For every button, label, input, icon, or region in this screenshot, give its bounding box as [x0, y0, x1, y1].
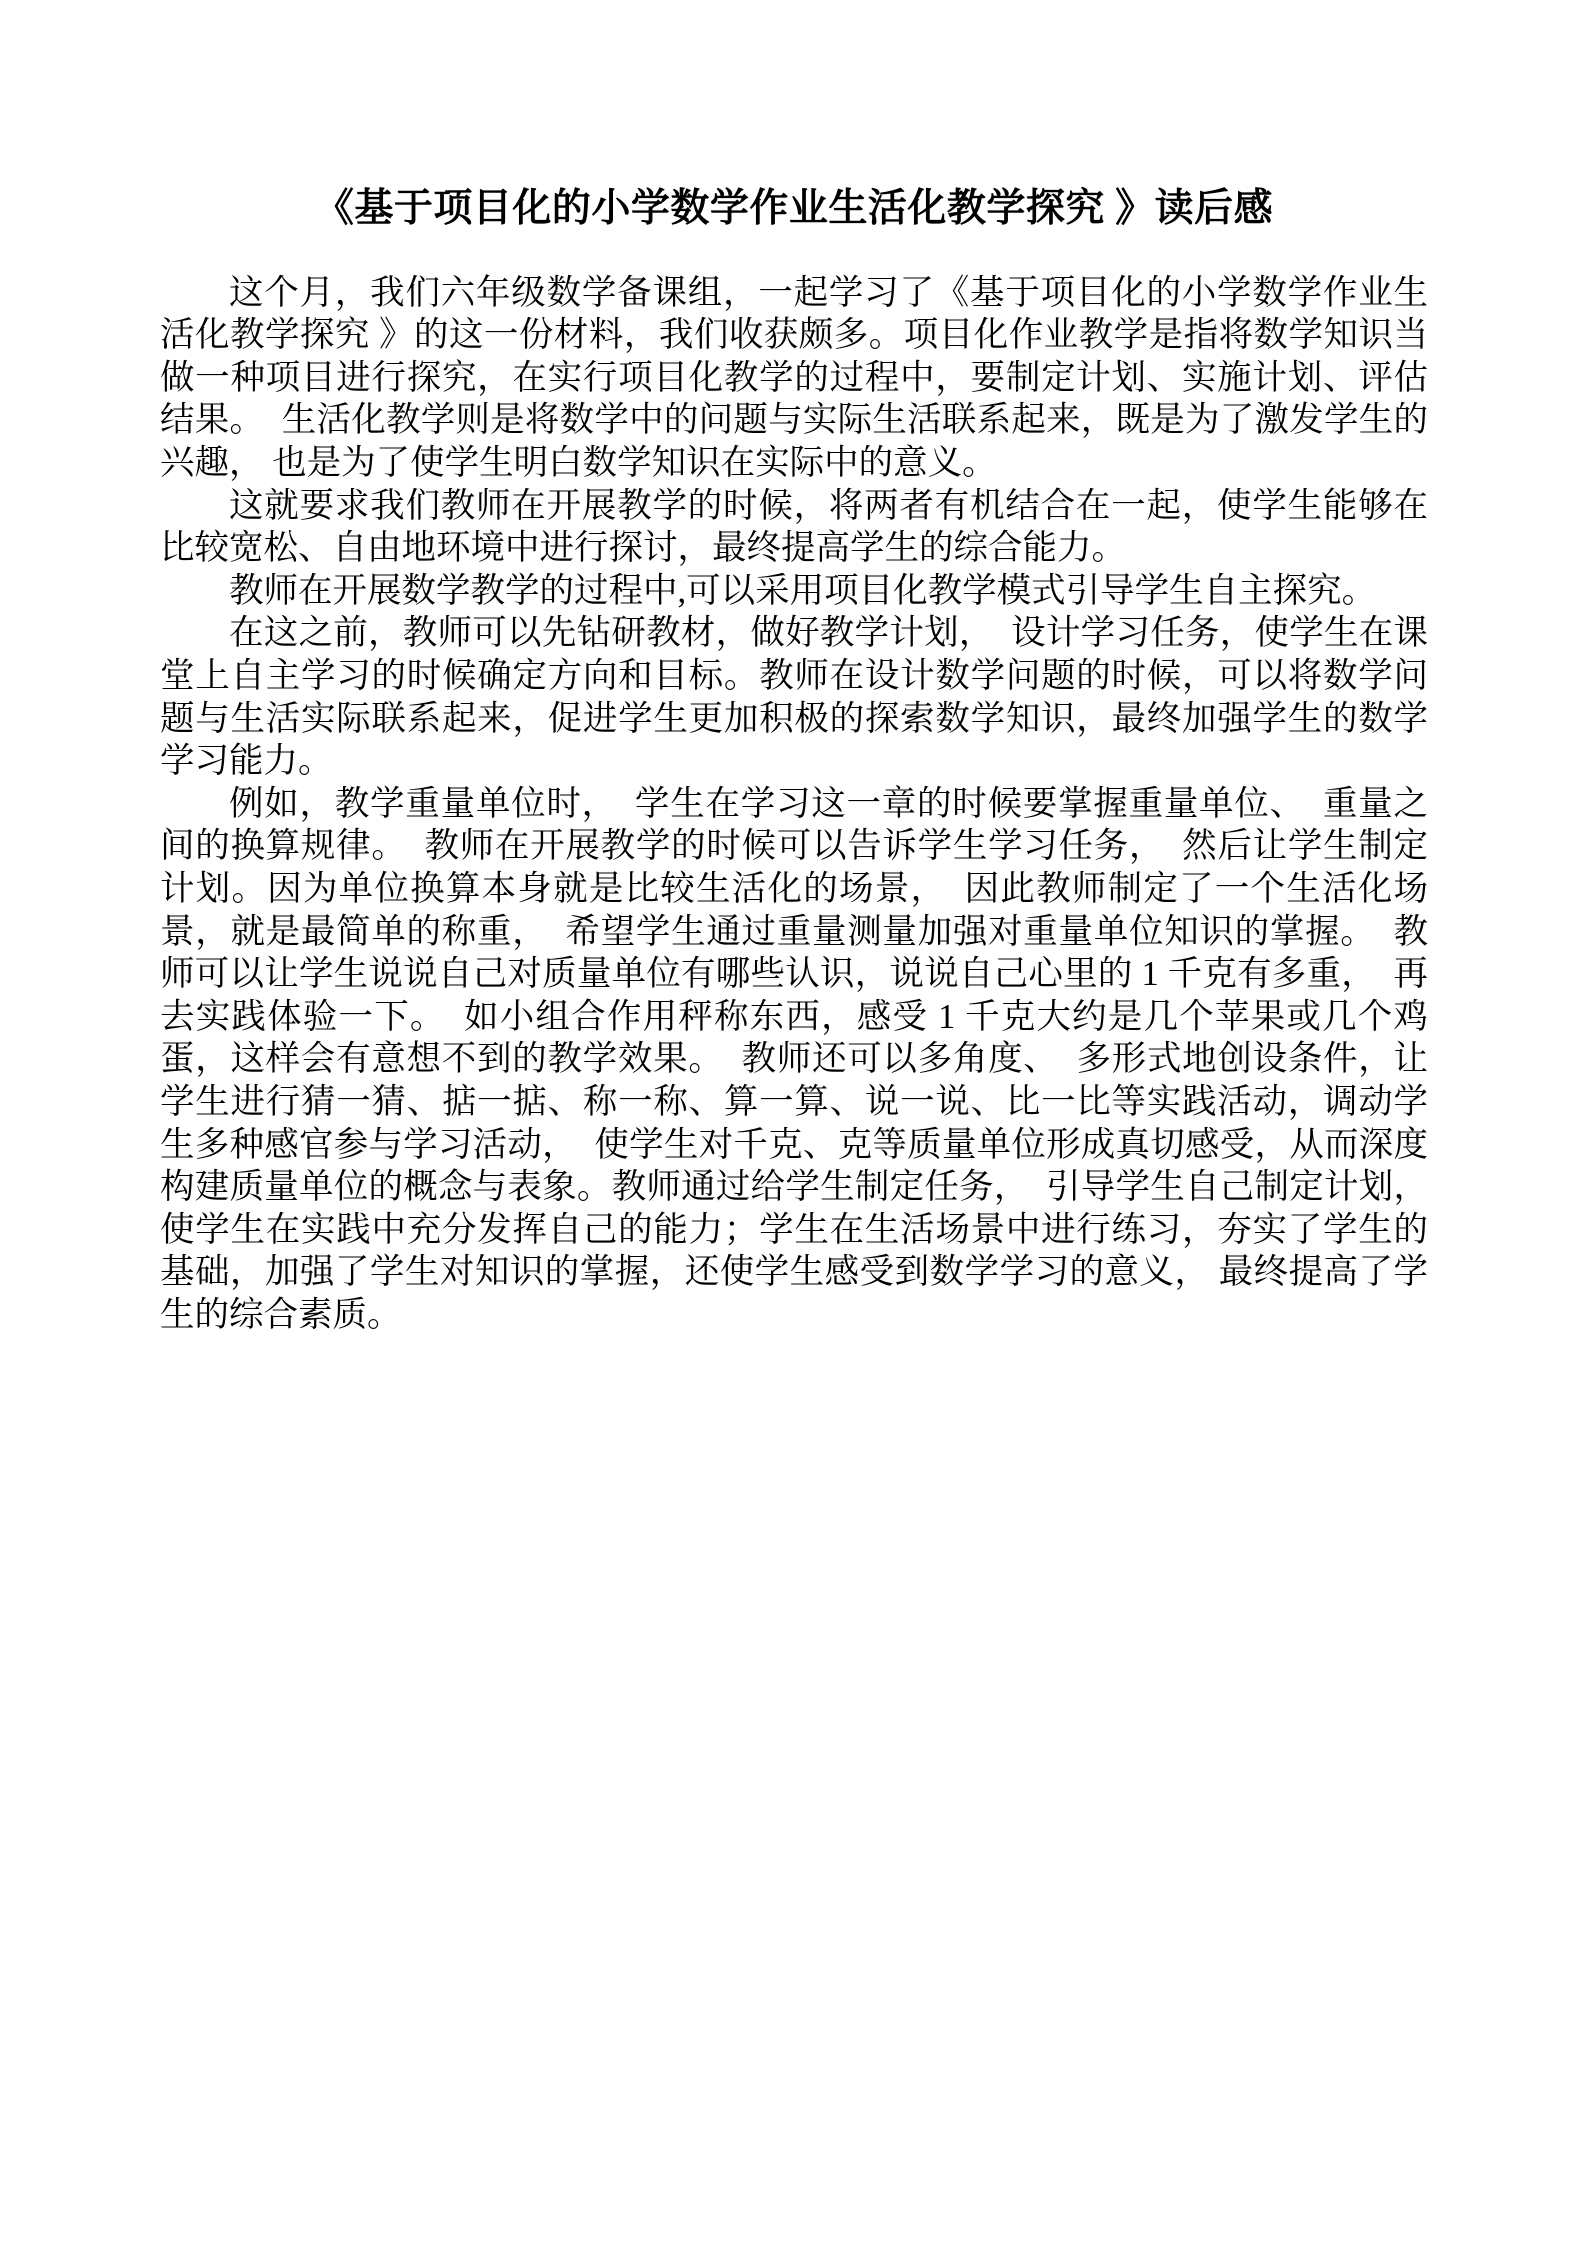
document-page: 《基于项目化的小学数学作业生活化教学探究 》读后感 这个月，我们六年级数学备课组…	[0, 0, 1587, 2245]
paragraph: 教师在开展数学教学的过程中,可以采用项目化教学模式引导学生自主探究。	[160, 570, 1428, 613]
document-title: 《基于项目化的小学数学作业生活化教学探究 》读后感	[160, 183, 1428, 236]
paragraph: 在这之前，教师可以先钻研教材，做好教学计划， 设计学习任务，使学生在课堂上自主学…	[160, 612, 1428, 782]
paragraph: 这就要求我们教师在开展教学的时候，将两者有机结合在一起，使学生能够在比较宽松、自…	[160, 485, 1428, 570]
paragraph: 例如，教学重量单位时， 学生在学习这一章的时候要掌握重量单位、 重量之间的换算规…	[160, 783, 1428, 1337]
paragraph: 这个月，我们六年级数学备课组，一起学习了《基于项目化的小学数学作业生活化教学探究…	[160, 272, 1428, 485]
